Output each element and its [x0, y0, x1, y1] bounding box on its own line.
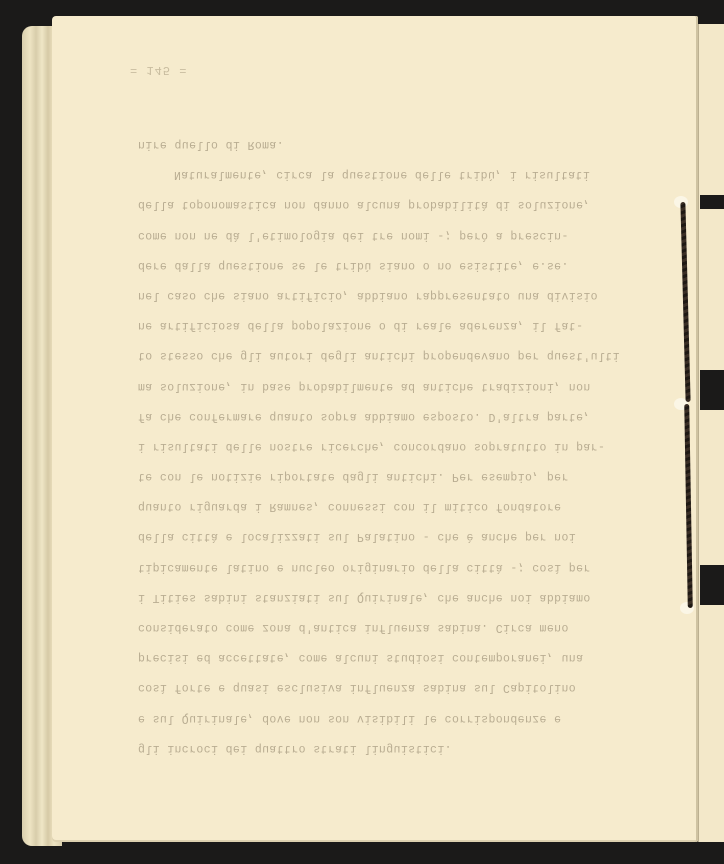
text-line: to stesso che gli autori degli antichi p… — [138, 332, 658, 362]
text-line: dere dalla questione se le tribù siano o… — [138, 242, 658, 272]
text-line: te con le notizie riportate dagli antich… — [138, 453, 658, 483]
page-number: = 145 = — [130, 63, 187, 77]
facing-page-edge — [698, 24, 724, 842]
text-line: quanto riguarda i Ramnes, connessi con i… — [138, 483, 658, 513]
text-line: ma soluzione, in base probabilmente ad a… — [138, 363, 658, 393]
binding-tear — [700, 195, 724, 209]
text-line: così forte e quasi esclusiva influenza s… — [138, 664, 658, 694]
typewritten-text-block: nire quello di Roma. Naturalmente, circa… — [138, 121, 658, 755]
text-line: tipicamente latino e nucleo originario d… — [138, 544, 658, 574]
text-line: Naturalmente, circa la questione delle t… — [138, 151, 658, 181]
binding-tear — [700, 565, 724, 605]
text-line: considerato come zona d'antica influenza… — [138, 604, 658, 634]
text-line: come non ne dà l'etimologia dei tre nomi… — [138, 212, 658, 242]
text-line: i Tities sabini stanziati sul Quirinale,… — [138, 574, 658, 604]
text-line: precisi ed accettate, come alcuni studio… — [138, 634, 658, 664]
text-line: della città e localizzati sul Palatino -… — [138, 513, 658, 543]
text-line: gli incroci dei quattro strati linguisti… — [138, 725, 658, 755]
text-line: nire quello di Roma. — [138, 121, 658, 151]
text-line: nel caso che siano artificio, abbiano ra… — [138, 272, 658, 302]
text-line: fa che confermare quanto sopra abbiamo e… — [138, 393, 658, 423]
binding-tear — [700, 370, 724, 410]
text-line: ne artificiosa della popolazione o di re… — [138, 302, 658, 332]
text-line: e sul Quirinale, dove non son visibili l… — [138, 695, 658, 725]
text-line: della toponomastica non danno alcuna pro… — [138, 181, 658, 211]
text-line: i risultati delle nostre ricerche, conco… — [138, 423, 658, 453]
